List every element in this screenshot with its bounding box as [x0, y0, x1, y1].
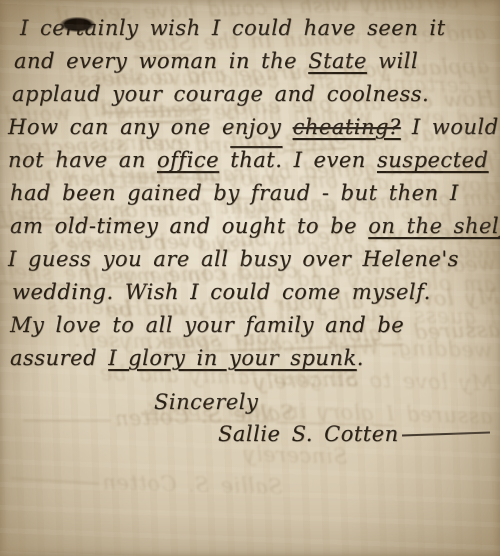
text-segment: will	[367, 49, 418, 73]
signature-line: Sallie S. Cotten	[0, 463, 283, 504]
text-segment: .	[357, 346, 364, 370]
text-segment: am old-timey and ought to be	[10, 214, 368, 238]
text-segment: I even	[282, 148, 377, 172]
emphasized-text: that.	[230, 148, 282, 172]
letter-line: not have an office that. I even suspecte…	[8, 144, 498, 177]
closing-line: Sincerely	[154, 386, 498, 419]
letter-line: I guess you are all busy over Helene's	[8, 243, 498, 276]
letter-line: applaud your courage and coolness.	[12, 78, 498, 111]
text-segment: I would	[401, 115, 499, 139]
letter-line: assured I glory in your spunk.	[10, 342, 498, 375]
text-segment: Sallie S. Cotten	[102, 470, 283, 499]
text-segment: assured	[10, 346, 108, 370]
text-segment: not have an	[8, 148, 157, 172]
text-segment: I guess you are all busy over Helene's	[8, 247, 459, 271]
text-segment: and every woman in the	[14, 49, 308, 73]
emphasized-text: on the shelf	[368, 214, 500, 238]
text-segment: wedding. Wish I could come myself.	[12, 280, 431, 304]
emphasized-text: I glory in your spunk	[108, 346, 357, 370]
signature-flourish	[402, 431, 490, 436]
letter-body: I certainly wish I could have seen itand…	[6, 12, 498, 451]
text-segment: My love to all your family and be	[10, 313, 404, 337]
emphasized-text: office	[157, 148, 219, 172]
text-segment: I	[458, 0, 479, 13]
letter-line: wedding. Wish I could come myself.	[12, 276, 498, 309]
text-segment: I	[20, 16, 40, 40]
text-segment: had been gained by fraud - but then I	[10, 181, 459, 205]
letter-line: I certainly wish I could have seen it	[20, 12, 498, 45]
emphasized-text: certainly	[40, 16, 139, 40]
emphasized-text: cheating?	[293, 115, 401, 139]
letter-page: I certainly wish I could have seen itand…	[0, 0, 500, 556]
text-segment: Sallie S. Cotten	[218, 422, 399, 446]
text-segment: wish I could have seen it	[139, 16, 446, 40]
letter-line: My love to all your family and be	[10, 309, 498, 342]
emphasized-text: suspected	[377, 148, 489, 172]
text-segment: applaud your courage and coolness.	[12, 82, 429, 106]
letter-line: How can any one enjoy cheating? I would	[8, 111, 498, 144]
signature-flourish	[11, 477, 99, 484]
text-segment	[219, 148, 230, 172]
emphasized-text: State	[308, 49, 367, 73]
signature-line: Sallie S. Cotten	[218, 418, 498, 451]
letter-line: had been gained by fraud - but then I	[10, 177, 498, 210]
letter-line: am old-timey and ought to be on the shel…	[10, 210, 498, 243]
letter-line: and every woman in the State will	[14, 45, 498, 78]
text-segment: How can any one enjoy	[8, 115, 293, 139]
text-segment: Sincerely	[154, 390, 258, 414]
